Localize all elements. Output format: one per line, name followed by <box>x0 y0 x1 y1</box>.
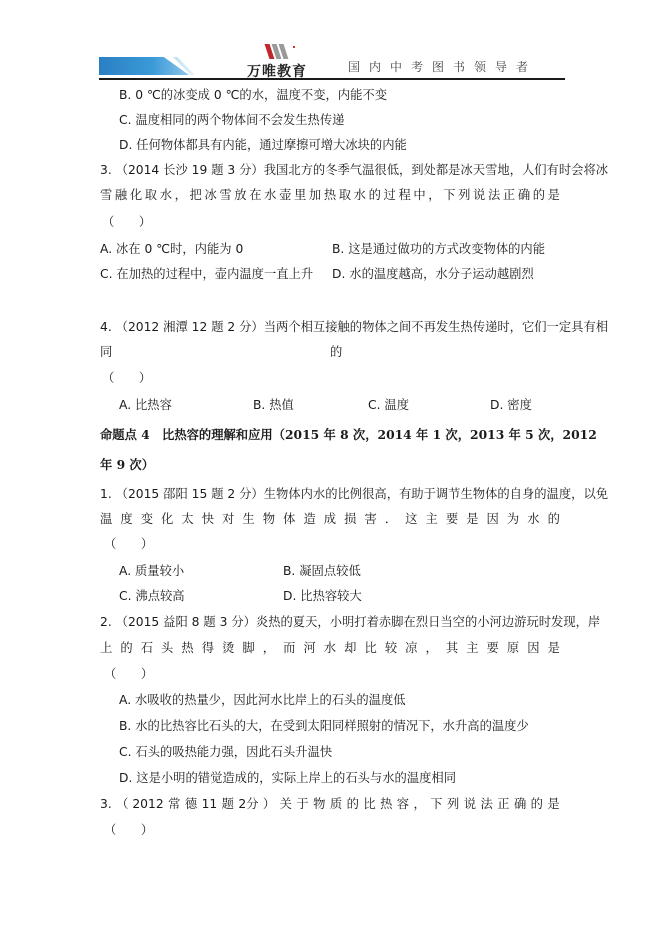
s-q3-stem-line1: 3.（ 2012常德11题2分）关于物质的比热容，下列说法正确的是 <box>100 796 560 812</box>
trademark-dot <box>293 46 295 48</box>
q4-stem-line2-mid: 的 <box>330 344 342 360</box>
s-q2-stem-line2: 上的石头热得烫脚，而河水却比较凉，其主要原因是 <box>100 640 560 656</box>
brand-logo: 万唯教育 <box>247 44 307 78</box>
q4-stem-line1: 4. （2012 湘潭 12 题 2 分）当两个相互接触的物体之间不再发生热传递… <box>100 319 608 335</box>
s-q2-option-a: A. 水吸收的热量少，因此河水比岸上的石头的温度低 <box>119 692 406 708</box>
header-slogan: 国内中考图书领导者 <box>348 58 537 75</box>
q3-answer-blank: （ ） <box>102 214 151 230</box>
s-q2-stem-line1: 2. （2015 益阳 8 题 3 分）炎热的夏天，小明打着赤脚在烈日当空的小河… <box>100 614 600 630</box>
q3-option-d: D. 水的温度越高，水分子运动越剧烈 <box>332 266 534 282</box>
q4-option-b: B. 热值 <box>253 397 294 413</box>
q3-option-c: C. 在加热的过程中，壶内温度一直上升 <box>100 266 313 282</box>
q4-option-c: C. 温度 <box>368 397 409 413</box>
section-heading-line2: 年 9 次） <box>100 457 154 473</box>
s-q2-option-d: D. 这是小明的错觉造成的，实际上岸上的石头与水的温度相同 <box>119 770 456 786</box>
s-q1-option-d: D. 比热容较大 <box>283 588 362 604</box>
page-header: 万唯教育 国内中考图书领导者 <box>99 44 565 80</box>
s-q1-stem-line2: 温度变化太快对生物体造成损害．这主要是因为水的 <box>100 511 560 527</box>
prev-option-b: B. 0 ℃的冰变成 0 ℃的水，温度不变，内能不变 <box>119 87 387 103</box>
logo-w-icon <box>263 44 291 60</box>
q3-option-b: B. 这是通过做功的方式改变物体的内能 <box>332 241 545 257</box>
prev-option-c: C. 温度相同的两个物体间不会发生热传递 <box>119 112 344 128</box>
q4-option-a: A. 比热容 <box>119 397 172 413</box>
q4-stem-line2-left: 同 <box>100 344 112 360</box>
s-q2-option-c: C. 石头的吸热能力强，因此石头升温快 <box>119 744 332 760</box>
s-q1-option-c: C. 沸点较高 <box>119 588 185 604</box>
header-blue-bar <box>99 57 189 75</box>
s-q1-stem-line1: 1. （2015 邵阳 15 题 2 分）生物体内水的比例很高，有助于调节生物体… <box>100 486 608 502</box>
q3-option-a: A. 冰在 0 ℃时，内能为 0 <box>100 241 243 257</box>
header-rule <box>99 78 565 80</box>
prev-option-d: D. 任何物体都具有内能，通过摩擦可增大冰块的内能 <box>119 137 407 153</box>
q4-option-d: D. 密度 <box>490 397 532 413</box>
s-q1-answer-blank: （ ） <box>104 536 153 552</box>
s-q2-option-b: B. 水的比热容比石头的大，在受到太阳同样照射的情况下，水升高的温度少 <box>119 718 529 734</box>
s-q1-option-b: B. 凝固点较低 <box>283 563 361 579</box>
s-q1-option-a: A. 质量较小 <box>119 563 184 579</box>
q3-stem-line1: 3. （2014 长沙 19 题 3 分）我国北方的冬季气温很低，到处都是冰天雪… <box>100 162 608 178</box>
q3-stem-line2: 雪融化取水，把冰雪放在水壶里加热取水的过程中，下列说法正确的是 <box>100 187 560 203</box>
s-q3-answer-blank: （ ） <box>104 822 153 838</box>
q4-answer-blank: （ ） <box>102 370 151 386</box>
section-heading-line1: 命题点 4 比热容的理解和应用（2015 年 8 次，2014 年 1 次，20… <box>100 427 597 443</box>
s-q2-answer-blank: （ ） <box>104 666 153 682</box>
